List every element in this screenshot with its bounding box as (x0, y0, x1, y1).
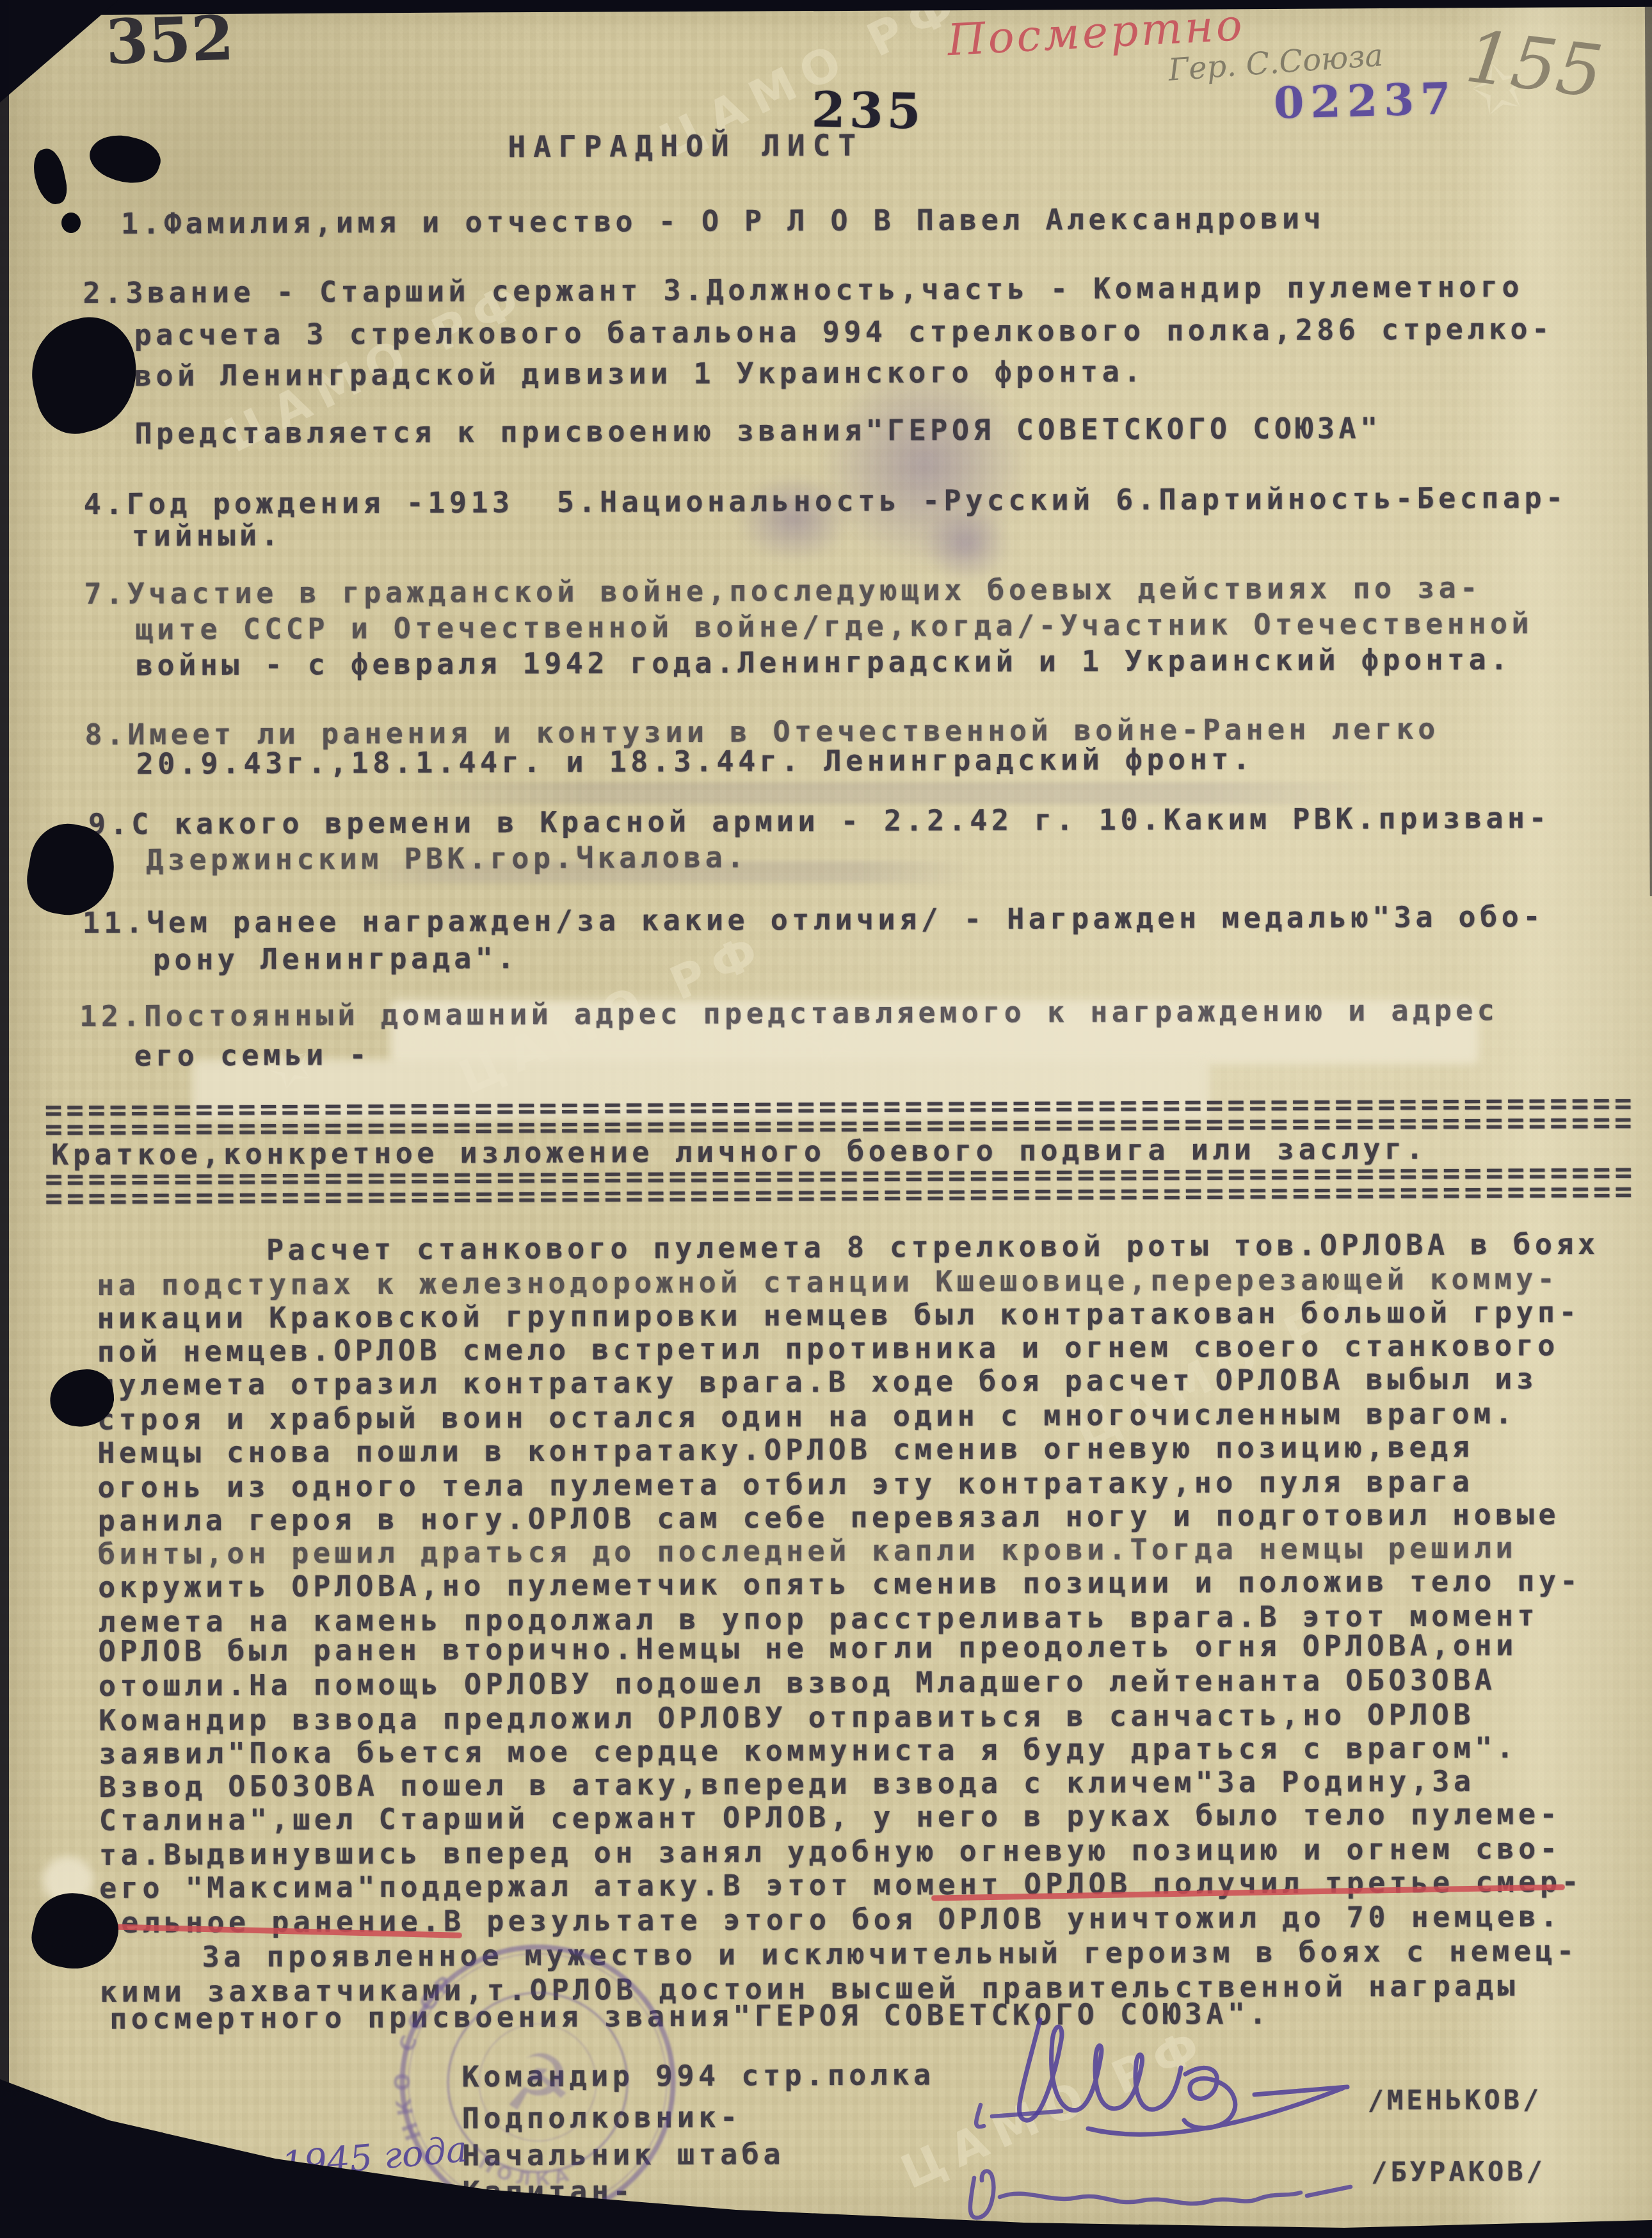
scan-edge-left (0, 0, 9, 2238)
award-sheet-scan: ЦАМО РФ ЦАМО РФ ЦАМО РФ ЦАМО РФ ЦАМО РФ … (0, 0, 1652, 2238)
ink-splat (61, 213, 81, 233)
signature-burakov-autograph (0, 0, 1652, 2238)
